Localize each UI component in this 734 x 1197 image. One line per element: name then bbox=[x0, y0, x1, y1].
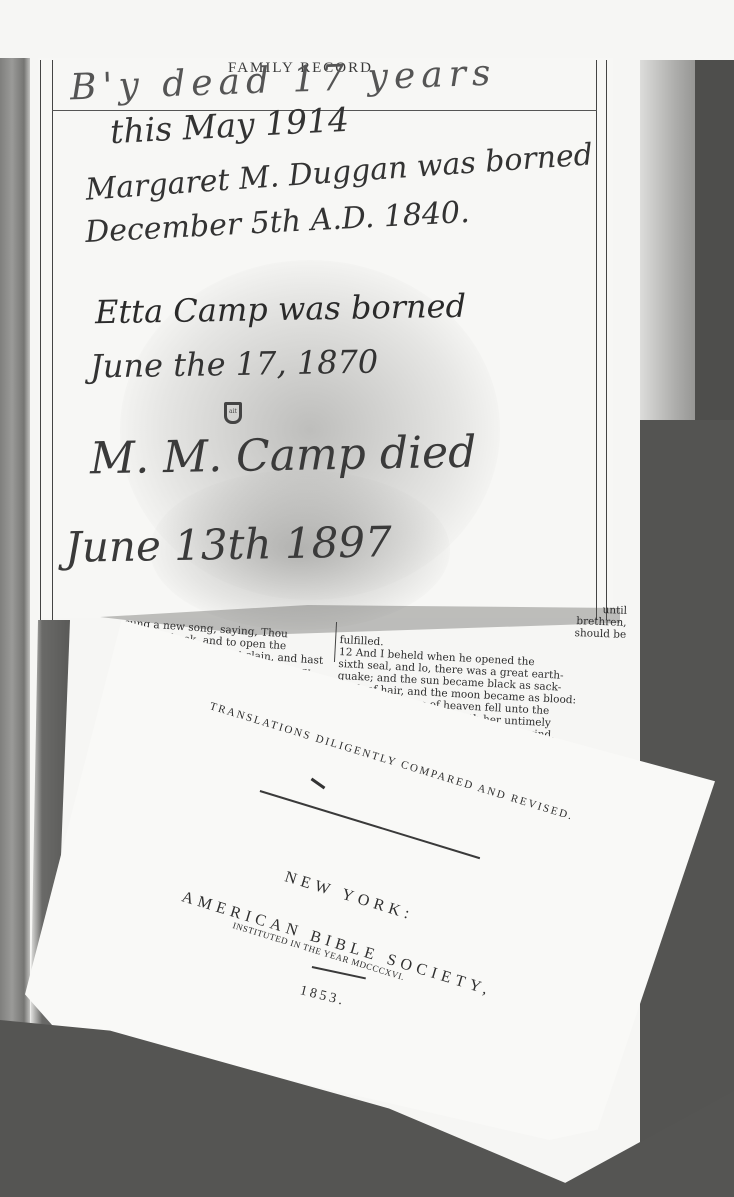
handwritten-line-7: M. M. Camp died bbox=[90, 427, 477, 485]
handwritten-line-5: Etta Camp was borned bbox=[95, 287, 467, 331]
scripture-margin-column: until brethren, should be bbox=[574, 603, 627, 641]
page-border-right-inner bbox=[596, 60, 597, 620]
scanned-document: FAMILY RECORD B'y dead 17 years this May… bbox=[0, 0, 734, 1197]
page-border-left-outer bbox=[40, 60, 41, 620]
handwritten-line-6: June the 17, 1870 bbox=[90, 342, 379, 385]
small-stamp-mark: ait bbox=[224, 402, 242, 424]
page-border-right-outer bbox=[606, 60, 607, 620]
handwritten-line-8: June 13th 1897 bbox=[65, 517, 393, 572]
book-spine-left bbox=[0, 58, 30, 1028]
page-border-left-inner bbox=[52, 60, 53, 620]
scripture-line: should be bbox=[574, 627, 626, 641]
